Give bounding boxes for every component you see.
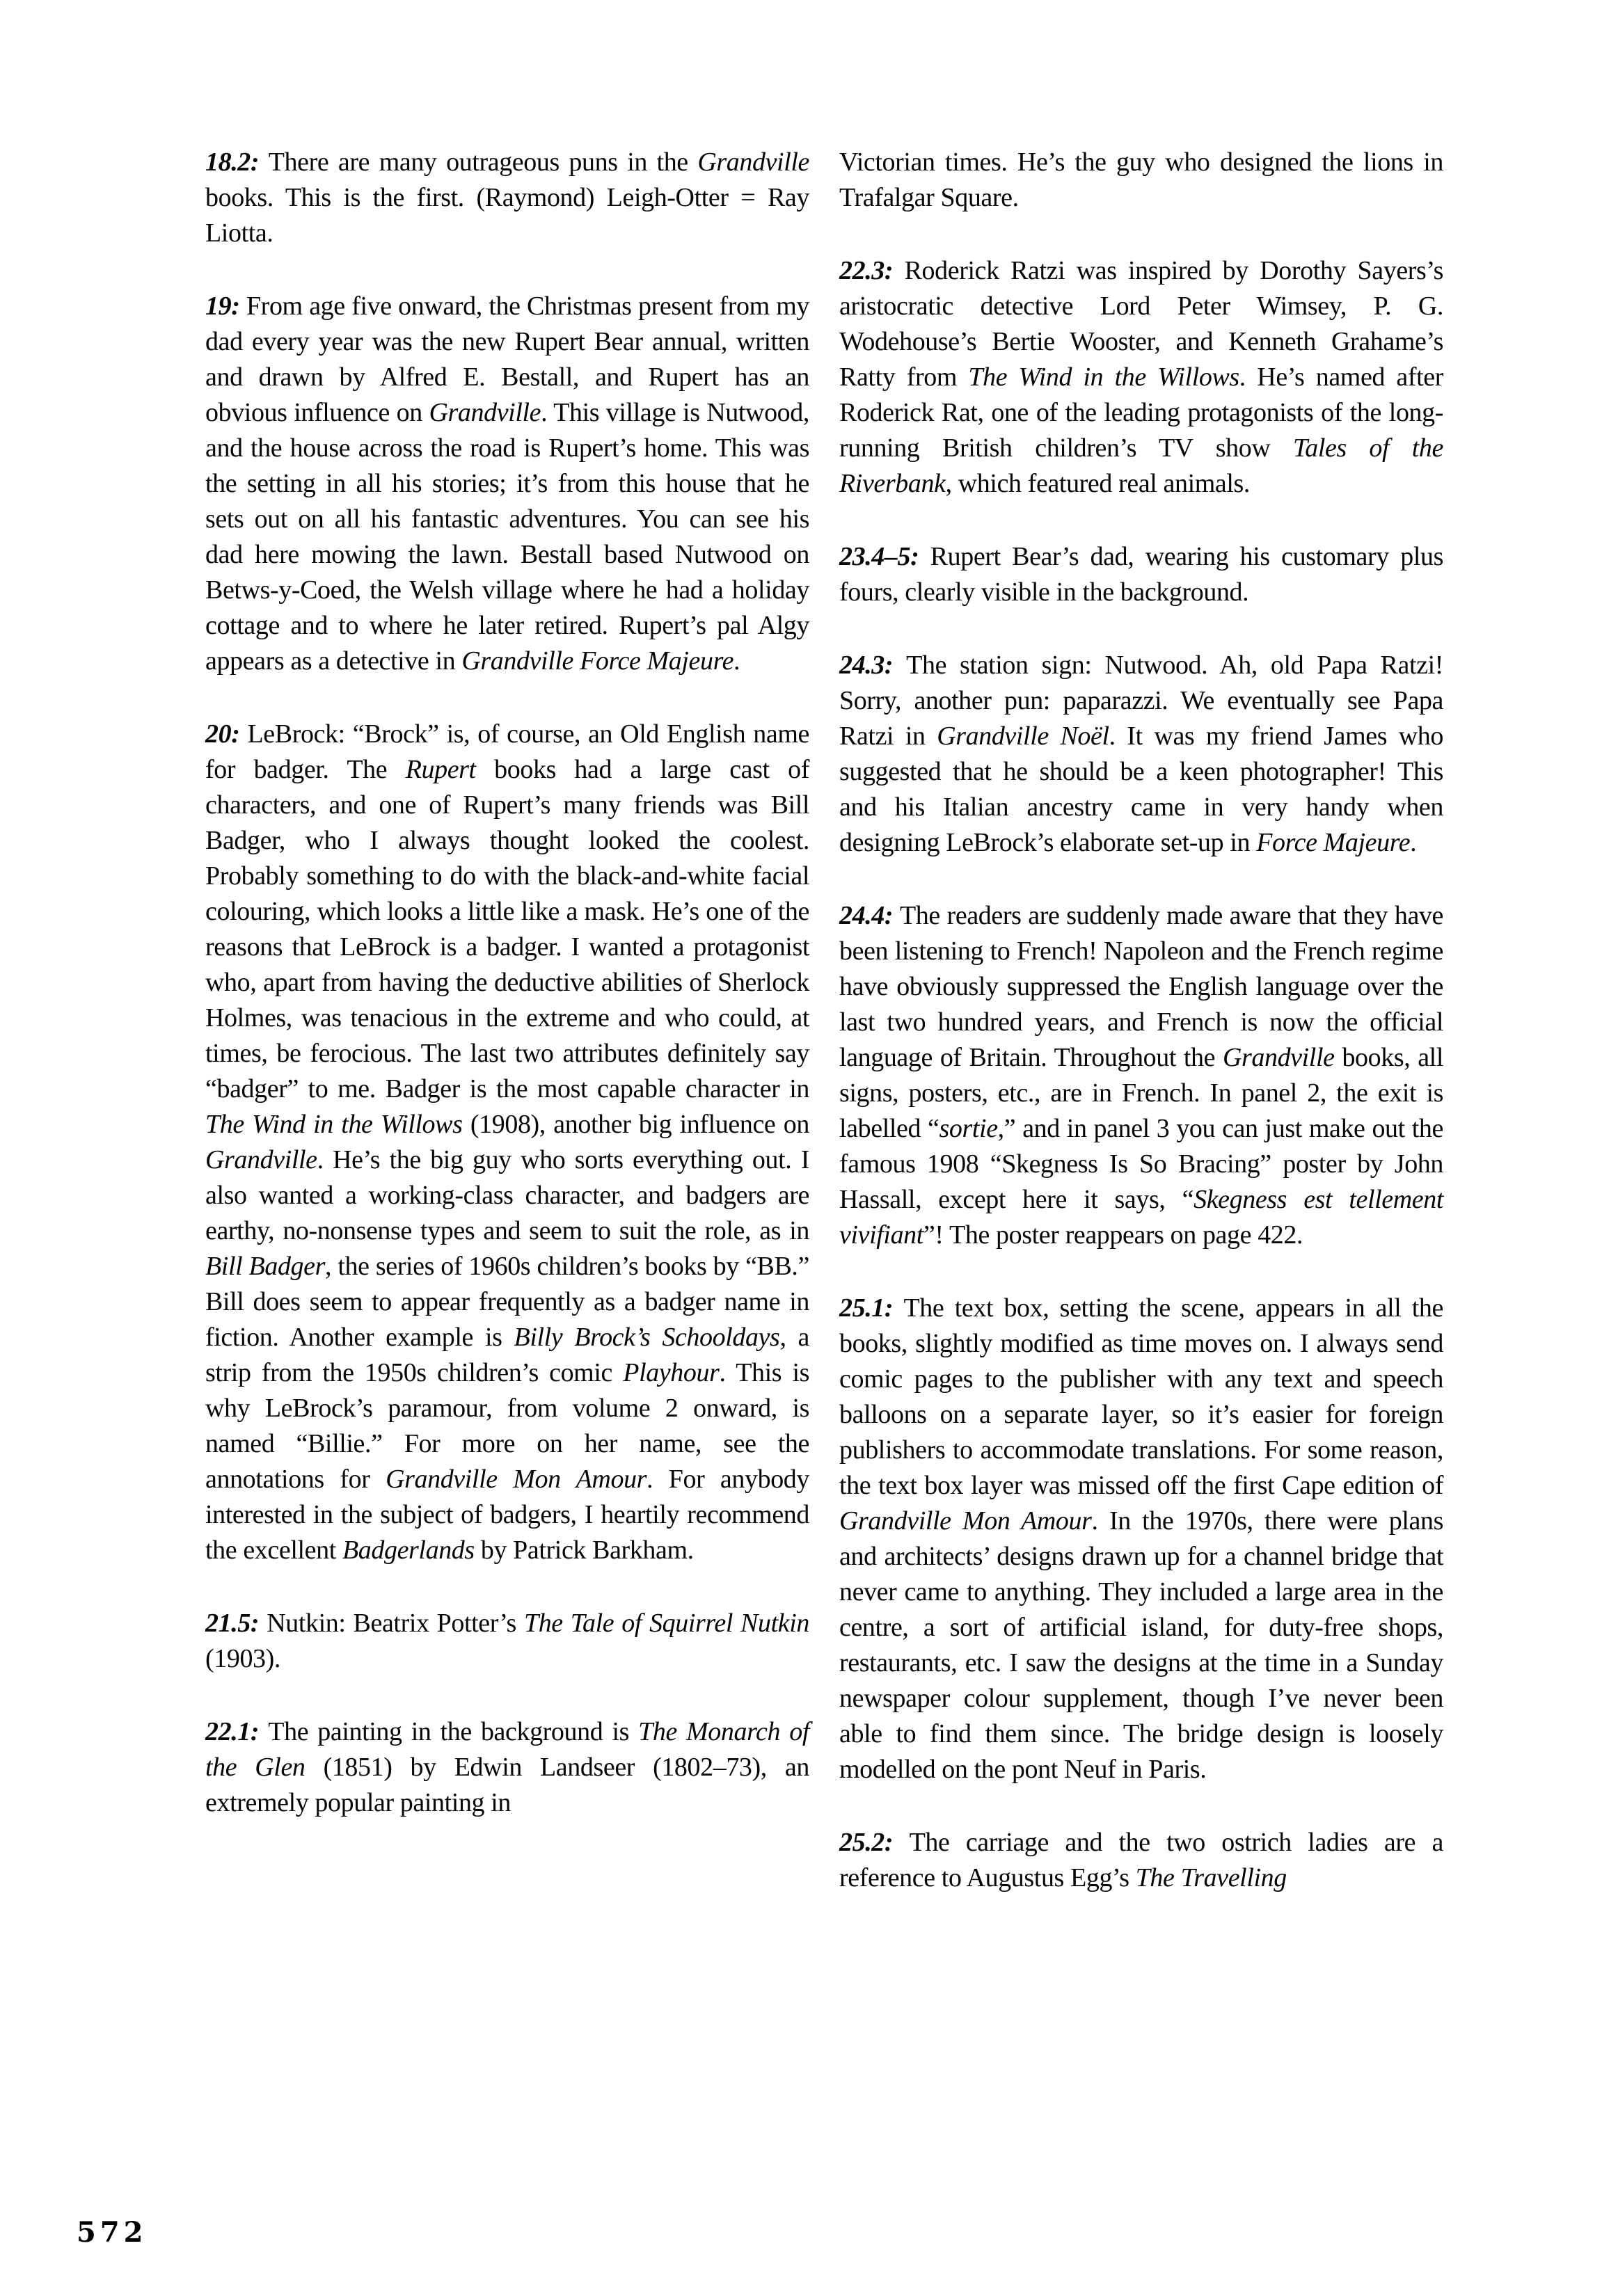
annotation-paragraph: 18.2: There are many outrageous puns in … <box>205 145 809 251</box>
title-italic: Grandville Mon Amour <box>386 1465 647 1494</box>
page-number: 572 <box>77 2216 148 2249</box>
annotation-text: . This village is Nutwood, and the house… <box>205 398 809 676</box>
annotation-text: Nutkin: Beatrix Potter’s <box>267 1609 524 1638</box>
title-italic: Grandville Mon Amour <box>839 1506 1092 1536</box>
annotation-number: 24.3: <box>839 651 906 680</box>
annotation-text: ”! The poster reappears on page 422. <box>923 1220 1303 1250</box>
annotation-paragraph: Victorian times. He’s the guy who design… <box>839 145 1443 216</box>
title-italic: Grandville Noël <box>937 722 1109 751</box>
annotation-number: 22.3: <box>839 256 905 285</box>
annotation-text: (1903). <box>205 1644 280 1673</box>
annotation-number: 25.1: <box>839 1293 904 1323</box>
annotation-text: The text box, setting the scene, appears… <box>839 1293 1443 1500</box>
annotation-text: . In the 1970s, there were plans and arc… <box>839 1506 1443 1784</box>
title-italic: The Wind in the Willows <box>205 1110 462 1139</box>
annotation-paragraph: 20: LeBrock: “Brock” is, of course, an O… <box>205 717 809 1568</box>
annotation-paragraph: 24.3: The station sign: Nutwood. Ah, old… <box>839 648 1443 861</box>
annotation-text: , which featured real animals. <box>946 469 1250 498</box>
title-italic: Force Majeure <box>1256 828 1410 857</box>
title-italic: sortie <box>939 1114 998 1143</box>
annotation-text: Rupert Bear’s dad, wearing his customary… <box>839 542 1443 607</box>
annotation-text: Victorian times. He’s the guy who design… <box>839 148 1443 212</box>
annotation-paragraph: 25.2: The carriage and the two ostrich l… <box>839 1825 1443 1896</box>
annotation-text: books had a large cast of characters, an… <box>205 755 809 1103</box>
annotation-text: books. This is the first. (Raymond) Leig… <box>205 183 809 248</box>
annotation-text: . <box>733 646 740 676</box>
annotation-text: (1908), another big influence on <box>462 1110 809 1139</box>
title-italic: Billy Brock’s Schooldays <box>514 1323 780 1352</box>
title-italic: Grandville Force Majeure <box>461 646 733 676</box>
annotation-text: by Patrick Barkham. <box>475 1536 694 1565</box>
right-column: Victorian times. He’s the guy who design… <box>839 145 1443 1896</box>
annotation-text: The painting in the background is <box>268 1717 638 1746</box>
annotation-paragraph: 25.1: The text box, setting the scene, a… <box>839 1291 1443 1787</box>
annotation-text: There are many outrageous puns in the <box>269 148 698 177</box>
title-italic: Rupert <box>406 755 476 784</box>
title-italic: Grandville <box>429 398 541 427</box>
annotation-paragraph: 21.5: Nutkin: Beatrix Potter’s The Tale … <box>205 1606 809 1677</box>
annotation-number: 23.4–5: <box>839 542 930 571</box>
title-italic: The Tale of Squirrel Nutkin <box>524 1609 809 1638</box>
title-italic: Playhour <box>623 1358 719 1387</box>
book-page: 18.2: There are many outrageous puns in … <box>0 0 1618 2296</box>
title-italic: Badgerlands <box>342 1536 475 1565</box>
annotation-number: 21.5: <box>205 1609 267 1638</box>
annotation-paragraph: 22.1: The painting in the background is … <box>205 1714 809 1821</box>
annotation-paragraph: 23.4–5: Rupert Bear’s dad, wearing his c… <box>839 539 1443 610</box>
title-italic: Bill Badger <box>205 1252 325 1281</box>
annotation-paragraph: 22.3: Roderick Ratzi was inspired by Dor… <box>839 253 1443 502</box>
annotation-paragraph: 19: From age five onward, the Christmas … <box>205 289 809 679</box>
annotation-number: 24.4: <box>839 901 900 930</box>
annotation-number: 20: <box>205 719 247 749</box>
text-columns: 18.2: There are many outrageous puns in … <box>205 145 1443 1896</box>
annotation-text: . <box>1410 828 1416 857</box>
annotation-paragraph: 24.4: The readers are suddenly made awar… <box>839 898 1443 1253</box>
annotation-number: 22.1: <box>205 1717 268 1746</box>
title-italic: The Travelling <box>1136 1863 1287 1892</box>
title-italic: Grandville <box>205 1145 317 1174</box>
left-column: 18.2: There are many outrageous puns in … <box>205 145 809 1896</box>
annotation-number: 18.2: <box>205 148 269 177</box>
annotation-number: 25.2: <box>839 1828 910 1857</box>
title-italic: The Wind in the Willows <box>968 362 1239 392</box>
title-italic: Grandville <box>1223 1043 1335 1072</box>
annotation-number: 19: <box>205 292 246 321</box>
title-italic: Grandville <box>697 148 809 177</box>
